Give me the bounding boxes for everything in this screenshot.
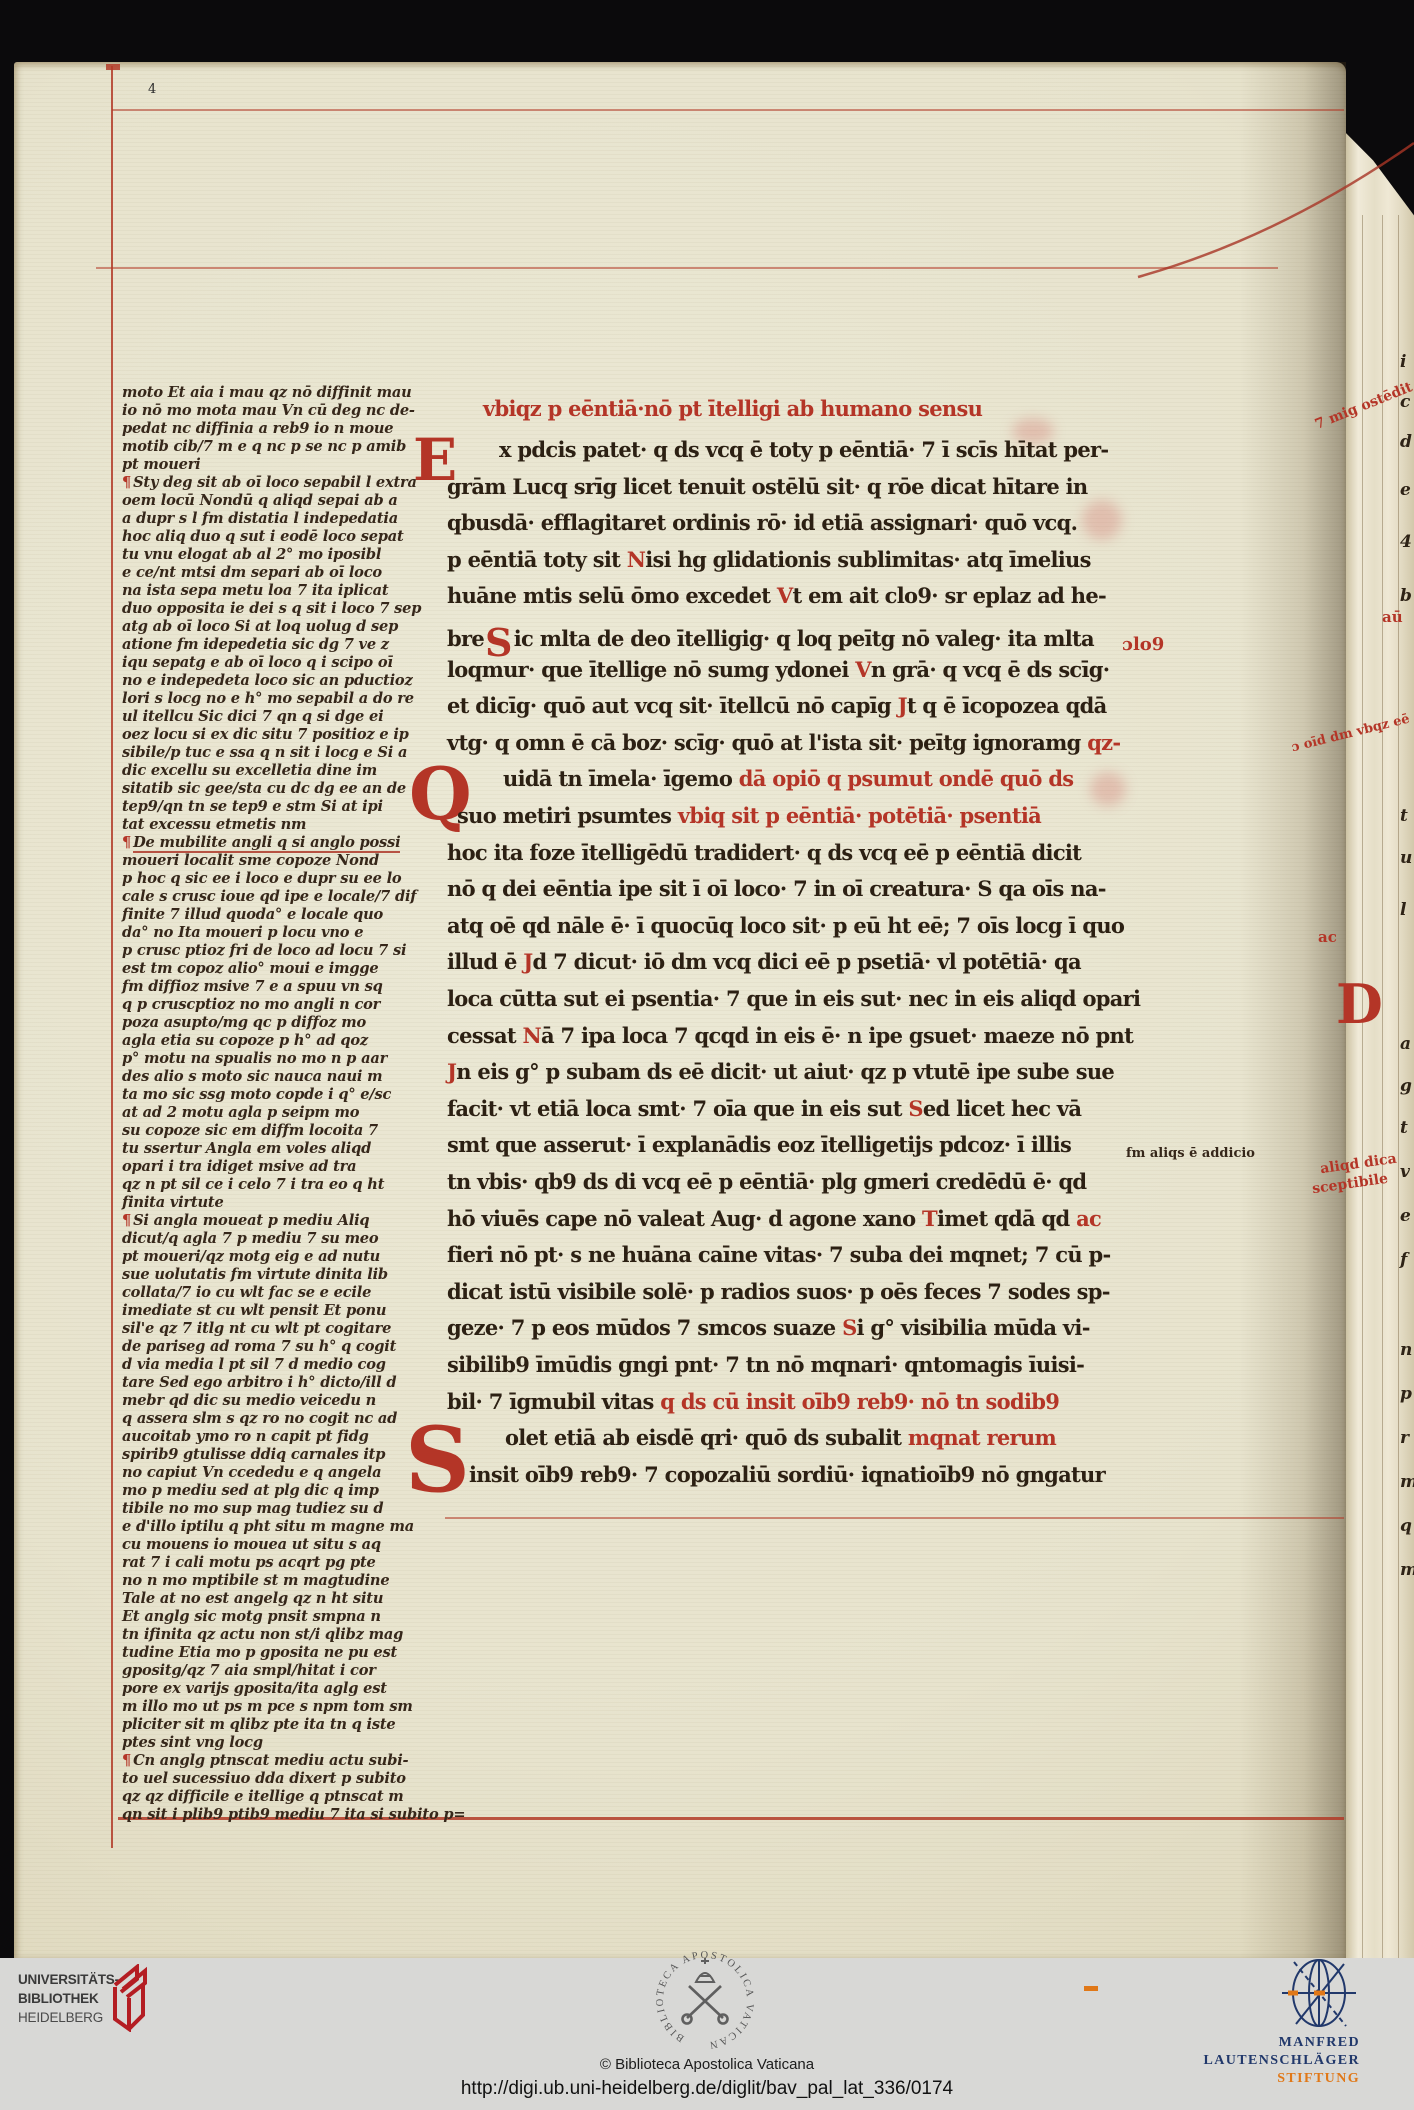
manuscript-line: geze· 7 p eos mūdos 7 smcos suaze Si g° …	[447, 1315, 1090, 1340]
ruling-horizontal-top	[112, 109, 1344, 111]
globe-icon	[1280, 1954, 1358, 2037]
margin-gloss-line: p hoc q sic ee i loco e dupr su ee lo	[122, 870, 401, 887]
next-page-letter-fragment: a	[1400, 1034, 1411, 1054]
page-edge-line	[1362, 215, 1363, 1958]
margin-gloss-line: q p cruscptioz no mo angli n cor	[122, 996, 380, 1013]
margin-gloss-line: ¶De mubilite angli q si anglo possi	[122, 834, 400, 851]
page-edge-line	[1382, 215, 1383, 1958]
margin-gloss-line: m illo mo ut ps m pce s npm tom sm	[122, 1698, 413, 1715]
margin-gloss-line: na ista sepa metu loa 7 ita iplicat	[122, 582, 388, 599]
margin-gloss-line: no e indepedeta loco sic an pductioz	[122, 672, 413, 689]
manuscript-line: illud ē Jd 7 dicut· iō dm vcq dici eē p …	[447, 949, 1081, 974]
vatican-seal-circular-text: BIBLIOTECA APOSTOLICA VATICANA	[595, 1946, 755, 2050]
margin-gloss-line: ta mo sic ssg moto copde i q° e/sc	[122, 1086, 391, 1103]
margin-gloss-line: tu ssertur Angla em voles aliqd	[122, 1140, 371, 1157]
manuscript-line: nō q dei eēntia ipe sit ī oī loco· 7 in …	[447, 876, 1106, 901]
margin-gloss-line: q assera slm s qz ro no cogit nc ad	[122, 1410, 397, 1427]
manuscript-line: uidā tn īmela· īgemo dā opiō q psumut on…	[503, 766, 1073, 791]
manuscript-line: smt que asserut· ī explanādis eoz ītelli…	[447, 1132, 1071, 1157]
ruling-horizontal-textarea	[96, 267, 1278, 269]
margin-gloss-line: at ad 2 motu agla p seipm mo	[122, 1104, 359, 1121]
margin-gloss-line: des alio s moto sic nauca naui m	[122, 1068, 382, 1085]
margin-gloss-line: e ce/nt mtsi dm separi ab oī loco	[122, 564, 382, 581]
margin-gloss-line: io nō mo mota mau Vn cū deg nc de-	[122, 402, 415, 419]
next-page-letter-fragment: 4	[1400, 532, 1412, 552]
next-page-letter-fragment: p	[1400, 1384, 1412, 1404]
margin-gloss-line: finite 7 illud quoda° e locale quo	[122, 906, 383, 923]
margin-gloss-line: d via media l pt sil 7 d medio cog	[122, 1356, 386, 1373]
margin-gloss-line: mebr qd dic su medio veicedu n	[122, 1392, 376, 1409]
manuscript-line: insit oīb9 reb9· 7 copozaliū sordiū· iqn…	[469, 1462, 1105, 1487]
margin-gloss-line: moueri localit sme copoze Nond	[122, 852, 379, 869]
margin-gloss-line: pliciter sit m qlibz pte ita tn q iste	[122, 1716, 396, 1733]
vatican-seal: BIBLIOTECA APOSTOLICA VATICANA	[595, 1946, 815, 2059]
margin-gloss-line: imediate st cu wlt pensit Et ponu	[122, 1302, 386, 1319]
next-page-letter-fragment: n	[1400, 1340, 1412, 1360]
margin-gloss-line: p crusc ptioz fri de loco ad locu 7 si	[122, 942, 406, 959]
margin-gloss-line: tn ifinita qz actu non st/i qlibz mag	[122, 1626, 403, 1643]
footer-bar: UNIVERSITÄTS- BIBLIOTHEK HEIDELBERG	[0, 1958, 1414, 2110]
manuscript-line: hoc ita foze ītelligēdū tradidert· q ds …	[447, 840, 1081, 865]
margin-gloss-line: sil'e qz 7 itlg nt cu wlt pt cogitare	[122, 1320, 391, 1337]
next-page-letter-fragment: r	[1400, 1428, 1409, 1448]
next-page-curved-ruling	[1130, 115, 1414, 295]
margin-gloss-line: qz qz difficile e itellige q ptnscat m	[122, 1788, 404, 1805]
ruling-corner-blob	[106, 64, 120, 70]
margin-gloss-line: agla etia su copoze p h° ad qoz	[122, 1032, 368, 1049]
margin-gloss-line: cale s crusc ioue qd ipe e locale/7 dif	[122, 888, 416, 905]
margin-gloss-line: dicut/q agla 7 p mediu 7 su meo	[122, 1230, 378, 1247]
next-page-letter-fragment: t	[1400, 806, 1408, 826]
next-page-red-note: D	[1336, 972, 1383, 1036]
svg-text:BIBLIOTECA APOSTOLICA VATICANA: BIBLIOTECA APOSTOLICA VATICANA	[595, 1946, 755, 2050]
vatican-tiara-icon	[696, 1958, 714, 1982]
next-page-letter-fragment: i	[1400, 352, 1406, 372]
next-page-letter-fragment: g	[1400, 1076, 1412, 1096]
manuscript-line: huāne mtis selū ōmo excedet Vt em ait cl…	[447, 583, 1106, 608]
next-page-letter-fragment: m	[1400, 1472, 1414, 1492]
next-page-letter-fragment: q	[1400, 1516, 1412, 1536]
scan-viewer: 4 vbiqz p eēntiā·nō pt ītelligi ab human…	[0, 0, 1414, 2110]
margin-gloss-line: moto Et aia i mau qz nō diffinit mau	[122, 384, 412, 401]
next-page-letter-fragment: c	[1400, 392, 1410, 412]
manuscript-line: p eēntiā toty sit Nisi hg glidationis su…	[447, 547, 1091, 572]
margin-gloss-line: hoc aliq duo q sut i eodē loco sepat	[122, 528, 404, 545]
margin-gloss-line: spirib9 gtulisse ddiq carnales itp	[122, 1446, 385, 1463]
ub-heidelberg-book-icon	[106, 1964, 152, 2037]
ub-line-1: UNIVERSITÄTS-	[18, 1970, 119, 1989]
manuscript-line: fieri nō pt· s ne huāna caīne vitas· 7 s…	[447, 1242, 1111, 1267]
next-page-letter-fragment: e	[1400, 480, 1411, 500]
manuscript-line: x pdcis patet· q ds vcq ē toty p eēntiā·…	[499, 437, 1108, 462]
vatican-keys-icon	[683, 1986, 728, 2024]
margin-gloss-line: tep9/qn tn se tep9 e stm Si at ipi	[122, 798, 383, 815]
margin-gloss-line: Et anglg sic motg pnsit smpna n	[122, 1608, 381, 1625]
margin-gloss-line: tudine Etia mo p gposita ne pu est	[122, 1644, 397, 1661]
margin-gloss-line: collata/7 io cu wlt fac se e ecile	[122, 1284, 371, 1301]
margin-gloss-line: su copoze sic em diffm locoita 7	[122, 1122, 378, 1139]
margin-gloss-line: fm diffioz msive 7 e a spuu vn sq	[122, 978, 383, 995]
margin-gloss-line: atione fm idepedetia sic dg 7 ve z	[122, 636, 389, 653]
margin-gloss-line: pt moueri	[122, 456, 201, 473]
margin-gloss-line: rat 7 i cali motu ps acqrt pg pte	[122, 1554, 376, 1571]
manuscript-line: grām Lucq srīg licet tenuit ostēlū sit· …	[447, 474, 1087, 499]
margin-gloss-line: qz n pt sil ce i celo 7 i tra eo q ht	[122, 1176, 384, 1193]
margin-gloss-line: poza asupto/mg qc p diffoz mo	[122, 1014, 366, 1031]
next-page-letter-fragment: d	[1400, 432, 1412, 452]
ruling-vertical-left	[111, 66, 113, 1848]
manuscript-line: loqmur· que ītellige nō sumg ydonei Vn g…	[447, 657, 1109, 682]
ml-line-2: LAUTENSCHLÄGER	[1120, 2052, 1360, 2070]
margin-gloss-line: da° no Ita moueri p locu vno e	[122, 924, 363, 941]
margin-gloss-line: pore ex varijs gposita/ita aglg est	[122, 1680, 387, 1697]
manuscript-line: sibilib9 īmūdis gngi pnt· 7 tn nō mqnari…	[447, 1352, 1084, 1377]
margin-gloss-line: tibile no mo sup mag tudiez su d	[122, 1500, 383, 1517]
manuscript-line: facit· vt etiā loca smt· 7 oīa que in ei…	[447, 1096, 1081, 1121]
margin-gloss-line: sibile/p tuc e ssa q n sit i locg e Si a	[122, 744, 407, 761]
margin-gloss-line: duo opposita ie dei s q sit i loco 7 sep	[122, 600, 421, 617]
margin-gloss-line: no capiut Vn ccededu e q angela	[122, 1464, 381, 1481]
margin-gloss-line: e d'illo iptilu q pht situ m magne ma	[122, 1518, 414, 1535]
manuscript-line: suo metiri psumtes vbiq sit p eēntiā· po…	[457, 803, 1041, 828]
next-page-red-note: aū	[1382, 608, 1403, 626]
manuscript-line: dicat istū visibile solē· p radios suos·…	[447, 1279, 1110, 1304]
margin-gloss-line: tare Sed ego arbitro i h° dicto/ill d	[122, 1374, 396, 1391]
ub-line-2: BIBLIOTHEK	[18, 1989, 119, 2008]
margin-gloss-line: tu vnu elogat ab al 2° mo iposibl	[122, 546, 381, 563]
next-page-letter-fragment: u	[1400, 848, 1412, 868]
margin-gloss-line: qn sit i plib9 ptib9 mediu 7 ita si subi…	[122, 1806, 465, 1823]
margin-gloss-line: opari i tra idiget msive ad tra	[122, 1158, 356, 1175]
folio-number: 4	[148, 82, 156, 97]
next-page-red-note: ac	[1318, 928, 1337, 946]
manuscript-line: bil· 7 īgmubil vitas q ds cū insit oīb9 …	[447, 1389, 1059, 1414]
copyright-line: © Biblioteca Apostolica Vaticana	[447, 2056, 967, 2073]
margin-gloss-line: est tm copoz alio° moui e imgge	[122, 960, 378, 977]
manuscript-line: qbusdā· efflagitaret ordinis rō· id etiā…	[447, 510, 1077, 535]
gutter-shadow	[1240, 62, 1346, 1958]
ml-line-1: MANFRED	[1120, 2034, 1360, 2052]
source-url: http://digi.ub.uni-heidelberg.de/diglit/…	[297, 2078, 1117, 2100]
ruling-horizontal-mid	[445, 1517, 1344, 1519]
ink-smudge	[1090, 772, 1126, 806]
ub-line-3: HEIDELBERG	[18, 2008, 119, 2027]
margin-gloss-line: finita virtute	[122, 1194, 224, 1211]
next-page-letter-fragment: b	[1400, 586, 1412, 606]
margin-gloss-line: pedat nc diffinia a reb9 io n moue	[122, 420, 393, 437]
margin-gloss-line: lori s locg no e h° mo sepabil a do re	[122, 690, 414, 707]
margin-gloss-line: pt moueri/qz motg eig e ad nutu	[122, 1248, 380, 1265]
next-page-letter-fragment: m	[1400, 1560, 1414, 1580]
margin-note: ɔlo9	[1122, 634, 1164, 655]
margin-gloss-line: iqu sepatg e ab oī loco q i scipo oī	[122, 654, 393, 671]
margin-gloss-line: aucoitab ymo ro n capit pt fidg	[122, 1428, 369, 1445]
margin-gloss-line: de pariseg ad roma 7 su h° q cogit	[122, 1338, 396, 1355]
margin-gloss-line: mo p mediu sed at plg dic q imp	[122, 1482, 379, 1499]
margin-gloss-line: atg ab oī loco Si at loq uolug d sep	[122, 618, 398, 635]
margin-gloss-line: Tale at no est angelg qz n ht situ	[122, 1590, 383, 1607]
manuscript-line: loca cūtta sut ei psentia· 7 que in eis …	[447, 986, 1140, 1011]
page-edge-line	[1398, 215, 1399, 1958]
margin-gloss-line: ¶Cn anglg ptnscat mediu actu subi-	[122, 1752, 408, 1769]
manuscript-line: hō viuēs cape nō valeat Aug· d agone xan…	[447, 1206, 1101, 1231]
margin-gloss-line: ¶Si angla moueat p mediu Aliq	[122, 1212, 369, 1229]
margin-gloss-line: tat excessu etmetis nm	[122, 816, 306, 833]
manuscript-line: olet etiā ab eisdē qri· quō ds subalit m…	[505, 1425, 1056, 1450]
ub-heidelberg-logo-block: UNIVERSITÄTS- BIBLIOTHEK HEIDELBERG	[18, 1970, 119, 2027]
margin-gloss-line: oez locu si ex dic situ 7 positioz e ip	[122, 726, 409, 743]
lautenschlaeger-wordmark: MANFRED LAUTENSCHLÄGER STIFTUNG	[1120, 2034, 1360, 2088]
manuscript-line: atq oē qd nāle ē· ī quocūq loco sit· p e…	[447, 913, 1124, 938]
margin-gloss-line: a dupr s l fm distatia l indepedatia	[122, 510, 398, 527]
margin-gloss-line: p° motu na spualis no mo n p aar	[122, 1050, 387, 1067]
ml-line-3: STIFTUNG	[1120, 2070, 1360, 2088]
manuscript-line: vtg· q omn ē cā boz· scīg· quō at l'ista…	[447, 730, 1120, 755]
ink-smudge	[1082, 500, 1122, 540]
margin-gloss-line: sue uolutatis fm virtute dinita lib	[122, 1266, 388, 1283]
next-page-letter-fragment: l	[1400, 900, 1406, 920]
margin-gloss-line: ¶Sty deg sit ab oī loco sepabil l extra	[122, 474, 417, 491]
margin-gloss-line: no n mo mptibile st m magtudine	[122, 1572, 389, 1589]
rubricated-initial: S	[405, 1415, 470, 1505]
margin-gloss-line: cu mouens io mouea ut situ s aq	[122, 1536, 381, 1553]
manuscript-line: tn vbis· qb9 ds di vcq eē p eēntiā· plg …	[447, 1169, 1086, 1194]
margin-gloss-line: ul itellcu Sic dici 7 qn q si dge ei	[122, 708, 383, 725]
ub-heidelberg-wordmark: UNIVERSITÄTS- BIBLIOTHEK HEIDELBERG	[18, 1970, 119, 2027]
margin-gloss-line: to uel sucessiuo dda dixert p subito	[122, 1770, 406, 1787]
next-page-letter-fragment: e	[1400, 1206, 1411, 1226]
margin-gloss-line: dic excellu su excelletia dine im	[122, 762, 377, 779]
manuscript-line: cessat Nā 7 ipa loca 7 qcqd in eis ē· n …	[447, 1023, 1133, 1048]
margin-gloss-line: gpositg/qz 7 aia smpl/hitat i cor	[122, 1662, 376, 1679]
next-page-letter-fragment: f	[1400, 1250, 1407, 1270]
margin-gloss-line: motib cib/7 m e q nc p se nc p amib	[122, 438, 406, 455]
manuscript-line: Jn eis g° p subam ds eē dicit· ut aiut· …	[447, 1059, 1114, 1084]
manuscript-line: vbiqz p eēntiā·nō pt ītelligi ab humano …	[483, 396, 982, 421]
margin-gloss-line: oem locū Nondū q aliqd sepai ab a	[122, 492, 398, 509]
orange-dash	[1084, 1986, 1098, 1991]
next-page-letter-fragment: v	[1400, 1162, 1410, 1182]
next-page-letter-fragment: t	[1400, 1118, 1408, 1138]
margin-note: fm aliqs ē addicio	[1126, 1146, 1255, 1161]
margin-gloss-line: ptes sint vng locg	[122, 1734, 263, 1751]
manuscript-line: et dicīg· quō aut vcq sit· ītellcū nō ca…	[447, 693, 1107, 718]
margin-gloss-line: sitatib sic gee/sta cu dc dg ee an de	[122, 780, 406, 797]
